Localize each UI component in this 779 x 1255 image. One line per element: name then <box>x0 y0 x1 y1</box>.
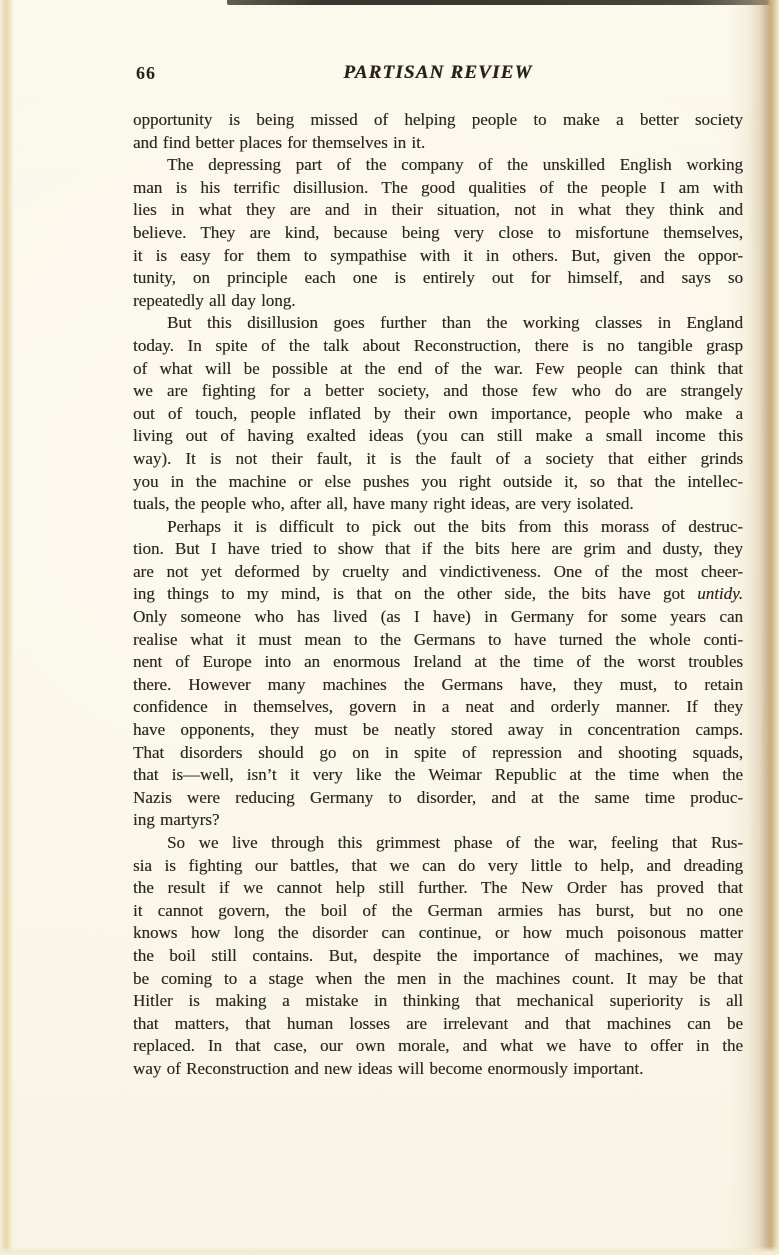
text-line: the result if we cannot help still furth… <box>133 877 743 900</box>
text-line: Hitler is making a mistake in thinking t… <box>133 990 743 1013</box>
text-line: that matters, that human losses are irre… <box>133 1013 743 1036</box>
text-line: But this disillusion goes further than t… <box>133 312 743 335</box>
text-line: and find better places for themselves in… <box>133 132 743 155</box>
page-number: 66 <box>136 63 156 84</box>
text-line: we are fighting for a better society, an… <box>133 380 743 403</box>
text-line: The depressing part of the company of th… <box>133 154 743 177</box>
text-line: the boil still contains. But, despite th… <box>133 945 743 968</box>
text-line: have opponents, they must be neatly stor… <box>133 719 743 742</box>
text-line: opportunity is being missed of helping p… <box>133 109 743 132</box>
scanned-page: 66 PARTISAN REVIEW opportunity is being … <box>0 0 779 1255</box>
text-line: tuals, the people who, after all, have m… <box>133 493 743 516</box>
text-line: So we live through this grimmest phase o… <box>133 832 743 855</box>
text-line: That disorders should go on in spite of … <box>133 742 743 765</box>
scan-top-edge-line <box>227 0 772 5</box>
text-line: out of touch, people inflated by their o… <box>133 403 743 426</box>
page-left-edge <box>0 0 14 1255</box>
text-line: tion. But I have tried to show that if t… <box>133 538 743 561</box>
text-line: it is easy for them to sympathise with i… <box>133 245 743 268</box>
text-line: it cannot govern, the boil of the German… <box>133 900 743 923</box>
text-line: living out of having exalted ideas (you … <box>133 425 743 448</box>
text-line: believe. They are kind, because being ve… <box>133 222 743 245</box>
text-line: be coming to a stage when the men in the… <box>133 968 743 991</box>
text-line: lies in what they are and in their situa… <box>133 199 743 222</box>
text-line: Only someone who has lived (as I have) i… <box>133 606 743 629</box>
text-line: you in the machine or else pushes you ri… <box>133 471 743 494</box>
text-line: knows how long the disorder can continue… <box>133 922 743 945</box>
text-line: ing things to my mind, is that on the ot… <box>133 583 743 606</box>
article-body: opportunity is being missed of helping p… <box>133 109 743 1081</box>
text-line: confidence in themselves, govern in a ne… <box>133 696 743 719</box>
text-line: sia is fighting our battles, that we can… <box>133 855 743 878</box>
text-line: way). It is not their fault, it is the f… <box>133 448 743 471</box>
text-line: repeatedly all day long. <box>133 290 743 313</box>
text-line: way of Reconstruction and new ideas will… <box>133 1058 743 1081</box>
text-line: Perhaps it is difficult to pick out the … <box>133 516 743 539</box>
text-line: realise what it must mean to the Germans… <box>133 629 743 652</box>
text-line: tunity, on principle each one is entirel… <box>133 267 743 290</box>
text-line: ing martyrs? <box>133 809 743 832</box>
text-line: nent of Europe into an enormous Ireland … <box>133 651 743 674</box>
text-line: man is his terrific disillusion. The goo… <box>133 177 743 200</box>
text-line: are not yet deformed by cruelty and vind… <box>133 561 743 584</box>
page-bottom-edge <box>0 1246 779 1255</box>
page-header: 66 PARTISAN REVIEW <box>133 62 743 86</box>
text-line: that is—well, isn’t it very like the Wei… <box>133 764 743 787</box>
text-line: replaced. In that case, our own morale, … <box>133 1035 743 1058</box>
text-line: Nazis were reducing Germany to disorder,… <box>133 787 743 810</box>
text-line: of what will be possible at the end of t… <box>133 358 743 381</box>
text-line: today. In spite of the talk about Recons… <box>133 335 743 358</box>
journal-title: PARTISAN REVIEW <box>133 62 743 84</box>
text-line: there. However many machines the Germans… <box>133 674 743 697</box>
